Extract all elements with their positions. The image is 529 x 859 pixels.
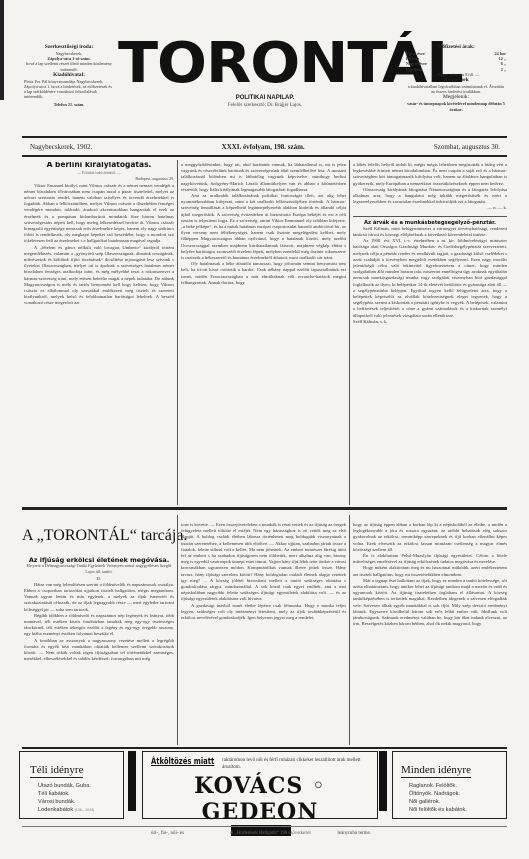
column-divider [177,160,178,505]
ads-note: a kiadóhivatalban legolcsóbban számíttat… [406,84,506,94]
ad-list: Utazó bundák, Guba. Téli kabátok. Városi… [30,782,123,814]
article-paragraph: a meggyőződésünket, hogy ott, ahol barát… [181,162,346,193]
article-berlin-visit-continued: a meggyőződésünket, hogy ott, ahol barát… [181,162,346,504]
header-rule-bottom [22,155,507,157]
feuilleton-paragraph: Hogy miként alakítottam meg és mi haszon… [353,565,507,577]
feuilleton-column-one: Az ifjúság erkölcsi életének megóvása. E… [24,557,174,745]
column-divider [177,515,178,745]
section-rule [22,507,507,510]
article-paragraph: Viktor Emanuel királyt, mint Vilmos csás… [24,183,174,245]
ad-decorative-bar [379,751,387,811]
dateline: Nagybecskerek, 1902. XXXI. évfolyam, 198… [30,143,500,151]
place-year: Nagybecskerek, 1902. [30,143,92,151]
schedule-heading: Megjelenik: [406,94,506,101]
article-signature: Széll Kálmán, s. k. [353,319,507,325]
editorial-office-note: hová a lap szellemi részét illető minden… [24,61,114,71]
feuilleton-title: A „TORONTÁL“ tarcája. [22,527,187,545]
article-paragraph: Ami az uralkodók találkozásának politika… [181,193,346,261]
feuilleton-paragraph: tone is követte. — Ezen összejöveteleken… [181,522,346,603]
subscription-box: Előfizetési árak: Egész évre24 kor Félév… [406,44,506,112]
ad-title: Téli idényre [30,764,83,778]
ad-text: raktáromon levő női és férfi ruházati ci… [222,757,371,771]
article-paragraph: A „félelem és gáncs nélküli való lovagia… [24,245,174,307]
article-berlin-visit: A berlini királylátogatás. — Politikai t… [24,162,174,504]
editorial-office-heading: Szerkesztőségi iroda: [24,44,114,51]
issue-date: Szombat, augusztus 30. [434,143,500,151]
ads-rule [22,747,507,749]
subscription-heading: Előfizetési árak: [406,44,506,51]
ad-winter-season: Téli idényre Utazó bundák, Guba. Téli ka… [19,751,124,819]
ad-kovacs-gedeon: Átköltözés miatt raktáromon levő női és … [142,751,378,819]
article-paragraph: Olaszország királyának látogatása Németo… [353,187,507,206]
column-three: a lökés felelős helyről indult ki, mégis… [353,162,507,504]
article-paragraph: a lökés felelős helyről indult ki, mégis… [353,162,507,187]
column-divider [349,160,350,505]
ad-list: Raglanok. Felöltők. Öltönyök. Nadrágok. … [401,782,506,814]
feuilleton-paragraph: Már a tegnap őszi hallottam az ifjak, ho… [353,578,507,628]
article-paragraph: Széll Kálmán, mint belügyminiszter a vár… [353,226,507,238]
volume-issue: XXXI. évfolyam, 198. szám. [222,143,305,151]
editorial-office-box: Szerkesztőségi iroda: Nagybecskerek, Záp… [24,44,114,107]
footer-rule [22,826,507,827]
article-paragraph: Oly hatalmasak a béke áthatóló tamasszai… [181,261,346,286]
orphans-article-title: Az árvák és a munkásbetegsegélyző-pénztá… [353,220,507,226]
feuilleton-paragraph: Én is alakítottam Felső-Muzslyán ifjúság… [353,553,507,565]
article-paragraph: Az 1900. évi XVI. t.-c. értelmében a m. … [353,238,507,319]
schedule-note: vasár- és ünnepnapok kivételével mindenn… [406,101,506,111]
feuilleton-paragraph: Régibb időkben a földmívelő és napszámos… [24,613,174,638]
masthead: TORONTÁL POLITIKAI NAPILAP. Felelős szer… [125,35,405,108]
feuilleton-note: Elnyerte a Délmagyarországi Tanító Egyle… [24,563,174,575]
article-title: A berlini királylátogatás. [24,162,174,168]
ad-title: Minden idényre [401,764,471,778]
ad-headline: Átköltözés miatt [151,757,214,767]
ad-bottom-left: úri-, fiu-, női- és [151,831,184,836]
publisher-note: Pleitz Fer. Pál könyvnyomdája Nagybecske… [24,79,114,100]
footer-note: ★ „Hirdetések Hallgatói“ 196 szövetkezet [180,831,360,836]
feuilleton-paragraph: A fonókban az asszonyok a nagyasszony ve… [24,638,174,663]
ads-heading: Hirdetések [406,77,506,84]
ad-merchant-name: KOVÁCS ◦ GEDEON [143,773,377,825]
ad-every-season: Minden idényre Raglanok. Felöltők. Öltön… [392,751,507,819]
article-signature: — n. — k. [353,205,507,211]
ad-decorative-bar [128,751,136,811]
publisher-heading: Kiadóhivatal: [24,72,114,79]
newspaper-logo: TORONTÁL [118,35,412,93]
page-edge-shadow [0,0,4,100]
feuilleton-paragraph: A gazdasági inasból ismét életbe lépésre… [181,603,346,622]
feuilleton-column-three: hogy az ifjúság éppen abban a korban lép… [353,522,507,744]
feuilleton-paragraph: Hátra van még felemlítésen szerint a föl… [24,582,174,613]
column-divider [349,515,350,745]
header-rule-top [22,136,507,138]
phone-number: Telefon 21. szám. [24,102,114,107]
newspaper-page: Szerkesztőségi iroda: Nagybecskerek, Záp… [0,0,529,859]
feuilleton-paragraph: hogy az ifjúság éppen abban a korban lép… [353,522,507,553]
feuilleton-column-two: tone is követte. — Ezen összejöveteleken… [181,522,346,744]
editor-line: Felelős szerkesztő: Dr. Brájjer Lajos. [125,103,405,108]
